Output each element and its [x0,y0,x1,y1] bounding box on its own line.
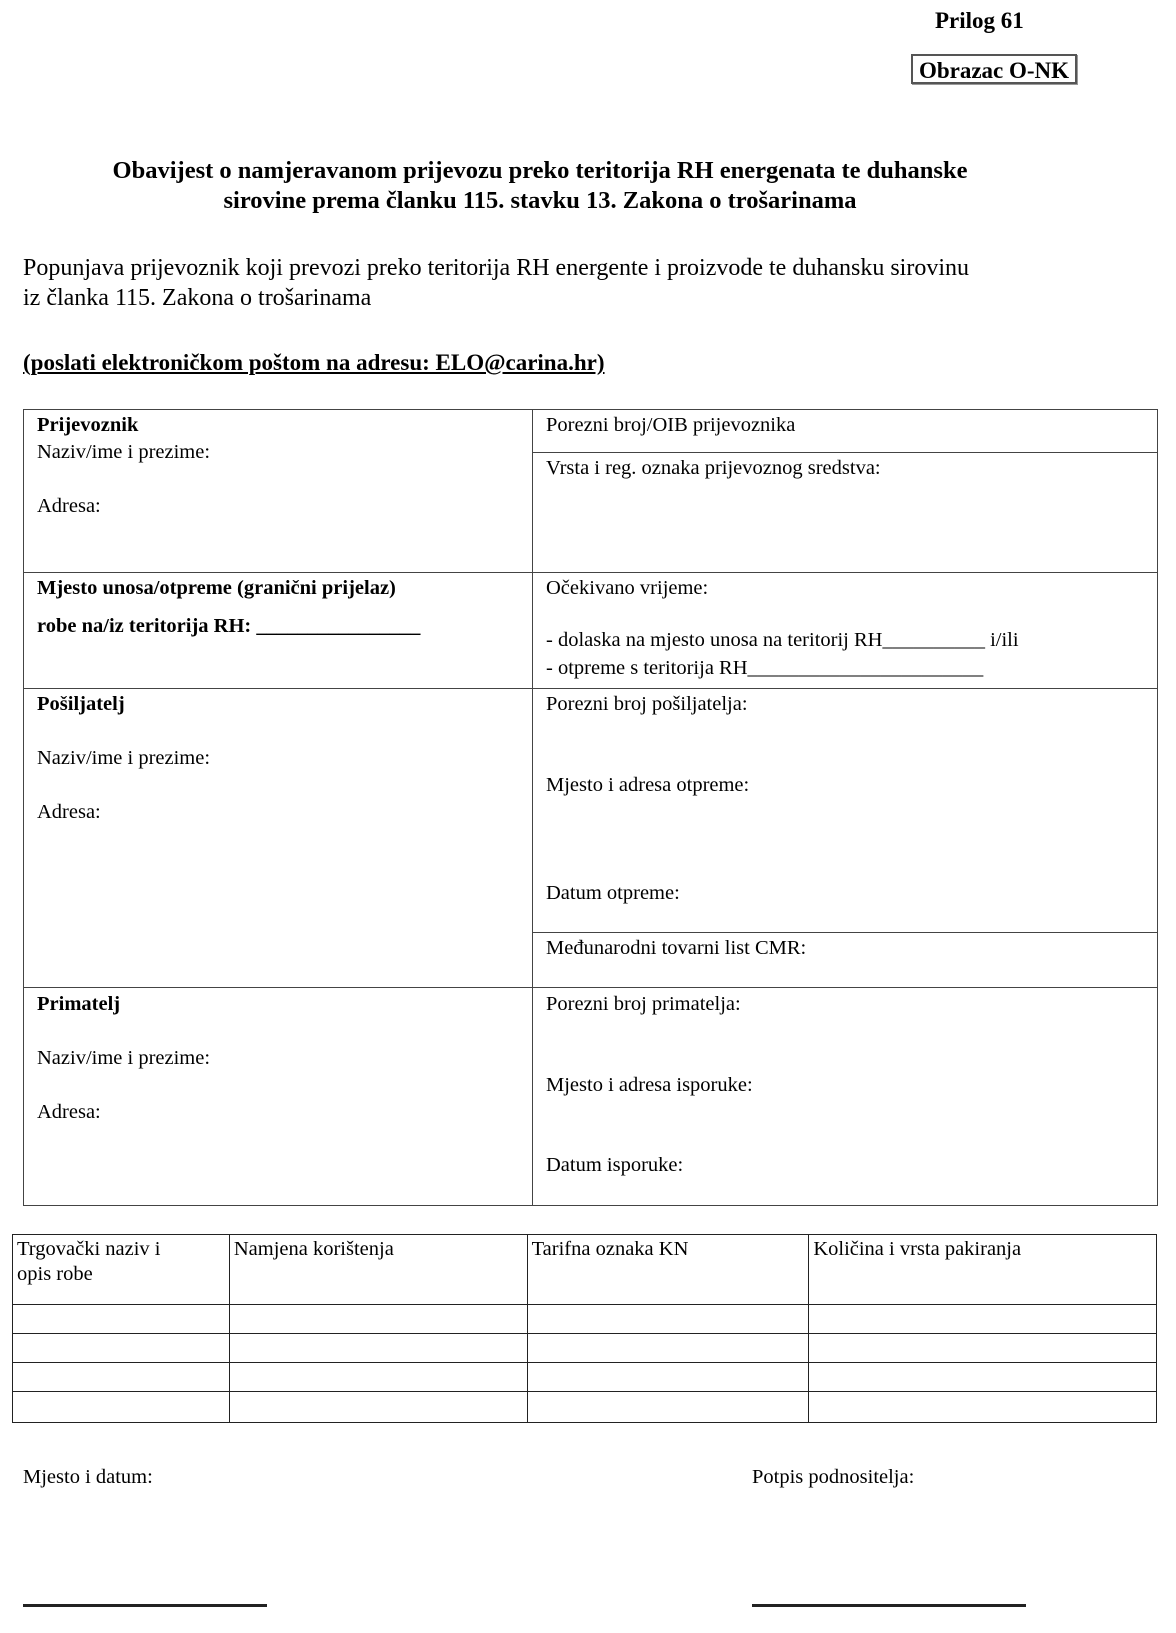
annex-number: Prilog 61 [935,8,1024,34]
table-cell[interactable] [229,1392,527,1423]
document-title: Obavijest o namjeravanom prijevozu preko… [40,156,1040,216]
column-divider [532,409,533,1206]
table-cell[interactable] [527,1363,809,1392]
dispatch-date-field[interactable]: Datum otpreme: [546,881,680,905]
delivery-place-field[interactable]: Mjesto i adresa isporuke: [546,1073,753,1097]
table-cell[interactable] [13,1363,230,1392]
place-date-line[interactable] [23,1604,267,1607]
table-cell[interactable] [527,1305,809,1334]
sender-name-field[interactable]: Naziv/ime i prezime: [37,746,210,770]
row-divider [23,572,1158,573]
header-line: Trgovački naziv i [17,1237,225,1262]
column-header-purpose: Namjena korištenja [229,1235,527,1305]
table-cell[interactable] [13,1392,230,1423]
row-divider [23,688,1158,689]
carrier-heading: Prijevoznik [37,413,138,437]
signature-label: Potpis podnositelja: [752,1465,914,1489]
table-row [13,1305,1157,1334]
signature-line[interactable] [752,1604,1026,1607]
dispatch-time-field[interactable]: - otpreme s teritorija RH_______________… [546,656,983,680]
cmr-field[interactable]: Međunarodni tovarni list CMR: [546,936,806,960]
sender-heading: Pošiljatelj [37,692,125,716]
table-cell[interactable] [229,1334,527,1363]
table-row [13,1392,1157,1423]
entry-point-field[interactable]: robe na/iz teritorija RH: ______________… [37,614,420,638]
recipient-name-field[interactable]: Naziv/ime i prezime: [37,1046,210,1070]
entry-point-label: Mjesto unosa/otpreme (granični prijelaz) [37,576,396,600]
column-header-quantity-packaging: Količina i vrsta pakiranja [809,1235,1157,1305]
expected-time-label: Očekivano vrijeme: [546,576,708,600]
vehicle-field[interactable]: Vrsta i reg. oznaka prijevoznog sredstva… [546,456,881,480]
row-divider [23,987,1158,988]
header-line: opis robe [17,1262,225,1287]
sender-tax-id-field[interactable]: Porezni broj pošiljatelja: [546,692,748,716]
table-cell[interactable] [527,1334,809,1363]
dispatch-place-field[interactable]: Mjesto i adresa otpreme: [546,773,749,797]
goods-table-header: Trgovački naziv i opis robe Namjena kori… [13,1235,1157,1305]
table-cell[interactable] [527,1392,809,1423]
carrier-tax-id-field[interactable]: Porezni broj/OIB prijevoznika [546,413,795,437]
intro-line-1: Popunjava prijevoznik koji prevozi preko… [23,253,1143,283]
carrier-address-field[interactable]: Adresa: [37,494,101,518]
intro-line-2: iz članka 115. Zakona o trošarinama [23,283,1143,313]
title-line-1: Obavijest o namjeravanom prijevozu preko… [40,156,1040,186]
recipient-heading: Primatelj [37,992,120,1016]
table-cell[interactable] [13,1305,230,1334]
delivery-date-field[interactable]: Datum isporuke: [546,1153,683,1177]
table-cell[interactable] [809,1392,1157,1423]
table-cell[interactable] [809,1334,1157,1363]
title-line-2: sirovine prema članku 115. stavku 13. Za… [40,186,1040,216]
column-header-tariff-code: Tarifna oznaka KN [527,1235,809,1305]
intro-text: Popunjava prijevoznik koji prevozi preko… [23,253,1143,313]
recipient-tax-id-field[interactable]: Porezni broj primatelja: [546,992,741,1016]
row-divider [532,452,1158,453]
table-cell[interactable] [229,1363,527,1392]
table-cell[interactable] [809,1363,1157,1392]
table-cell[interactable] [809,1305,1157,1334]
recipient-address-field[interactable]: Adresa: [37,1100,101,1124]
goods-table: Trgovački naziv i opis robe Namjena kori… [12,1234,1157,1423]
form-code-box: Obrazac O-NK [911,54,1077,84]
table-cell[interactable] [229,1305,527,1334]
table-cell[interactable] [13,1334,230,1363]
place-date-label: Mjesto i datum: [23,1465,153,1489]
table-row [13,1363,1157,1392]
carrier-name-field[interactable]: Naziv/ime i prezime: [37,440,210,464]
column-header-trade-name: Trgovački naziv i opis robe [13,1235,230,1305]
sender-address-field[interactable]: Adresa: [37,800,101,824]
row-divider [532,932,1158,933]
email-instruction[interactable]: (poslati elektroničkom poštom na adresu:… [23,350,605,376]
arrival-time-field[interactable]: - dolaska na mjesto unosa na teritorij R… [546,628,1019,652]
table-row [13,1334,1157,1363]
